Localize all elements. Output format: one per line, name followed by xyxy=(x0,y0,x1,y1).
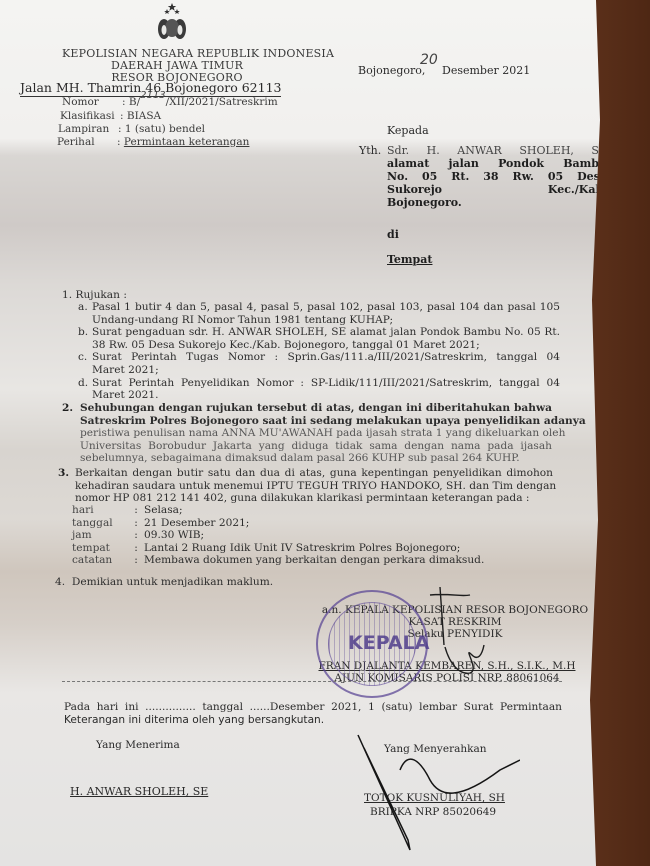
kepada-label: Kepada xyxy=(387,124,429,137)
rujukan-item-line1: Surat Perintah Penyelidikan Nomor : SP-L… xyxy=(92,377,560,390)
schedule-value: Lantai 2 Ruang Idik Unit IV Satreskrim P… xyxy=(144,542,460,554)
schedule-value: Membawa dokumen yang berkaitan dengan pe… xyxy=(144,554,484,566)
paragraph-line: Satreskrim Polres Bojonegoro saat ini se… xyxy=(80,415,552,428)
recipient-address-2: No. 05 Rt. 38 Rw. 05 Desa xyxy=(387,170,607,183)
tempat-label: Tempat xyxy=(387,253,432,266)
rujukan-item-line2: Maret 2021; xyxy=(92,364,560,377)
schedule-label: tempat xyxy=(72,542,128,555)
klasifikasi-value: : BIASA xyxy=(120,110,161,122)
paragraph-line: sebelumnya, sebagaimana dimaksud dalam p… xyxy=(80,452,552,465)
nomor-handwritten: 2113 xyxy=(140,90,165,101)
receiver-name: H. ANWAR SHOLEH, SE xyxy=(70,785,208,798)
paragraph-line: peristiwa penulisan nama ANNA MU'AWANAH … xyxy=(80,427,552,440)
section1-heading: 1. Rujukan : xyxy=(62,289,127,302)
schedule-label: catatan xyxy=(72,554,128,567)
section4: 4. Demikian untuk menjadikan maklum. xyxy=(55,576,273,589)
klasifikasi-label: Klasifikasi xyxy=(60,110,120,123)
section2-paragraph: Sehubungan dengan rujukan tersebut di at… xyxy=(80,402,552,465)
nomor-label: Nomor xyxy=(62,96,122,109)
rujukan-item-letter: a. xyxy=(78,301,92,326)
meta-klasifikasi: Klasifikasi: BIASA xyxy=(60,110,161,123)
recipient-address-1: alamat jalan Pondok Bambu xyxy=(387,157,607,170)
schedule-value: 09.30 WIB; xyxy=(144,529,204,541)
recipient-name: Sdr. H. ANWAR SHOLEH, SE xyxy=(387,144,607,157)
recipient-address-3: Sukorejo Kec./Kab. xyxy=(387,183,607,196)
rujukan-item-line1: Surat Perintah Tugas Nomor : Sprin.Gas/1… xyxy=(92,351,560,364)
rujukan-item-line2: Maret 2021. xyxy=(92,389,560,402)
di-label: di xyxy=(387,228,399,241)
paragraph-line: Universitas Borobudur Jakarta yang didug… xyxy=(80,440,552,453)
section4-number: 4. xyxy=(55,576,65,588)
nomor-prefix: : B/ xyxy=(122,96,140,108)
signatory-signature xyxy=(400,585,490,680)
paragraph-line: nomor HP 081 212 141 402, guna dilakukan… xyxy=(75,492,553,505)
rujukan-item: d.Surat Perintah Penyelidikan Nomor : SP… xyxy=(78,377,560,402)
rujukan-item: c.Surat Perintah Tugas Nomor : Sprin.Gas… xyxy=(78,351,560,376)
letter-place: Bojonegoro, xyxy=(358,64,425,77)
paragraph-line: Sehubungan dengan rujukan tersebut di at… xyxy=(80,402,552,415)
giver-signature xyxy=(350,730,520,855)
schedule-row: catatan:Membawa dokumen yang berkaitan d… xyxy=(72,554,484,567)
letter-month-year: Desember 2021 xyxy=(442,64,530,77)
rujukan-item-line2: 38 Rw. 05 Desa Sukorejo Kec./Kab. Bojone… xyxy=(92,339,560,352)
rujukan-item-line1: Surat pengaduan sdr. H. ANWAR SHOLEH, SE… xyxy=(92,326,560,339)
paragraph-line: Berkaitan dengan butir satu dan dua di a… xyxy=(75,467,553,480)
handwritten-day: 20 xyxy=(420,52,438,68)
schedule-row: jam:09.30 WIB; xyxy=(72,529,484,542)
schedule-value: 21 Desember 2021; xyxy=(144,517,249,529)
rujukan-item: a.Pasal 1 butir 4 dan 5, pasal 4, pasal … xyxy=(78,301,560,326)
receipt-divider xyxy=(62,681,562,682)
schedule-row: hari:Selasa; xyxy=(72,504,484,517)
receipt-line2: Keterangan ini diterima oleh yang bersan… xyxy=(64,714,324,726)
perihal-colon: : xyxy=(117,136,124,148)
section2-number: 2. xyxy=(62,402,73,415)
schedule-label: jam xyxy=(72,529,128,542)
nomor-suffix: /XII/2021/Satreskrim xyxy=(166,96,278,108)
meta-nomor: Nomor: B/2113/XII/2021/Satreskrim xyxy=(62,96,278,109)
receiver-label: Yang Menerima xyxy=(96,739,180,751)
rujukan-item-letter: d. xyxy=(78,377,92,402)
meta-lampiran: Lampiran: 1 (satu) bendel xyxy=(58,123,205,136)
appointment-schedule: hari:Selasa;tanggal:21 Desember 2021;jam… xyxy=(72,504,484,567)
rujukan-item: b.Surat pengaduan sdr. H. ANWAR SHOLEH, … xyxy=(78,326,560,351)
lampiran-value: : 1 (satu) bendel xyxy=(118,123,205,135)
schedule-label: tanggal xyxy=(72,517,128,530)
schedule-row: tempat:Lantai 2 Ruang Idik Unit IV Satre… xyxy=(72,542,484,555)
section1-items: a.Pasal 1 butir 4 dan 5, pasal 4, pasal … xyxy=(78,301,560,402)
rujukan-item-line1: Pasal 1 butir 4 dan 5, pasal 4, pasal 5,… xyxy=(92,301,560,314)
schedule-row: tanggal:21 Desember 2021; xyxy=(72,517,484,530)
section1-number: 1. xyxy=(62,289,72,301)
paragraph-line: kehadiran saudara untuk menemui IPTU TEG… xyxy=(75,480,553,493)
receipt-text-1: Pada hari ini ............... tanggal ..… xyxy=(64,701,562,713)
meta-perihal: Perihal: Permintaan keterangan xyxy=(57,136,249,149)
section3-number: 3. xyxy=(58,467,69,480)
rujukan-item-letter: c. xyxy=(78,351,92,376)
schedule-value: Selasa; xyxy=(144,504,183,516)
section3-paragraph: Berkaitan dengan butir satu dan dua di a… xyxy=(75,467,553,505)
receipt-line1: Pada hari ini ............... tanggal ..… xyxy=(64,701,562,713)
police-emblem-icon xyxy=(152,2,192,42)
yth-label: Yth. xyxy=(359,144,381,157)
rujukan-item-line2: Undang-undang RI Nomor Tahun 1981 tentan… xyxy=(92,314,560,327)
schedule-label: hari xyxy=(72,504,128,517)
perihal-label: Perihal xyxy=(57,136,117,149)
letter-paper: KEPOLISIAN NEGARA REPUBLIK INDONESIA DAE… xyxy=(0,0,600,866)
section1-title: Rujukan : xyxy=(75,289,126,301)
section4-text: Demikian untuk menjadikan maklum. xyxy=(72,576,273,588)
recipient-address-4: Bojonegoro. xyxy=(387,196,607,209)
lampiran-label: Lampiran xyxy=(58,123,118,136)
rujukan-item-letter: b. xyxy=(78,326,92,351)
perihal-value: Permintaan keterangan xyxy=(124,136,250,148)
